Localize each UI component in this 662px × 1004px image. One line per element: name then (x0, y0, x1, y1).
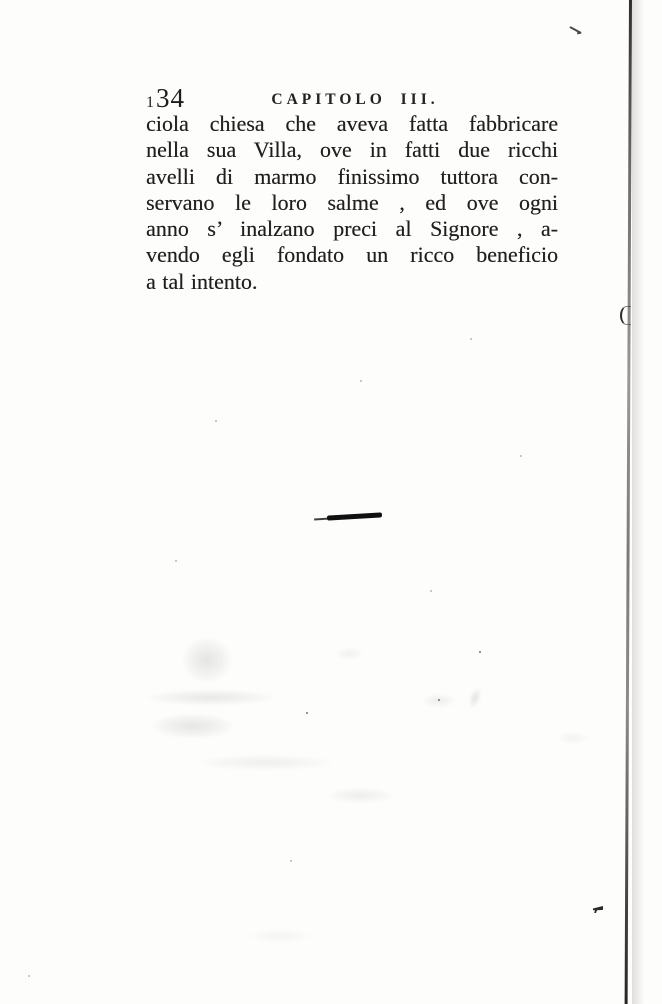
paper-speck (215, 420, 217, 422)
body-line-5: anno s’ inalzano preci al Signore , a- (146, 216, 558, 242)
body-line-4: servano le loro salme , ed ove ogni (146, 190, 558, 216)
bleedthrough-smudge (336, 648, 362, 659)
body-line-6: vendo egli fondato un ricco beneficio (146, 242, 558, 268)
bleedthrough-smudge (328, 788, 393, 803)
paper-speck (479, 651, 481, 653)
bleedthrough-smudge (153, 714, 233, 738)
paper-speck (438, 699, 440, 701)
scan-mark-speck (593, 906, 603, 913)
scan-mark-tick (569, 26, 581, 34)
paper-speck (520, 455, 522, 457)
page-edge-line (625, 0, 632, 1004)
bleedthrough-smudge (183, 638, 231, 682)
bleedthrough-smudge (558, 732, 588, 744)
bleedthrough-smudge (467, 687, 483, 709)
chapter-running-header: CAPITOLO III. (271, 91, 438, 109)
paper-speck (360, 380, 362, 382)
bleedthrough-smudge (250, 930, 310, 942)
scanned-book-page: 134 CAPITOLO III. ciola chiesa che aveva… (0, 0, 662, 1004)
paper-speck (306, 712, 308, 714)
body-paragraph: ciola chiesa che aveva fatta fabbricare … (146, 111, 558, 295)
paper-speck (28, 975, 30, 977)
paper-speck (290, 860, 292, 862)
paper-speck (175, 560, 177, 562)
paper-speck (470, 338, 472, 340)
body-line-7: a tal intento. (146, 269, 558, 295)
separator-rule (327, 512, 382, 520)
body-line-1: ciola chiesa che aveva fatta fabbricare (146, 111, 558, 137)
page-edge-notch (620, 306, 631, 325)
bleedthrough-smudge (148, 690, 273, 705)
paper-speck (430, 590, 432, 592)
bleedthrough-smudge (198, 755, 333, 770)
page-edge-shadow (632, 0, 644, 1004)
body-line-2: nella sua Villa, ove in fatti due ricchi (146, 137, 558, 163)
body-line-3: avelli di marmo finissimo tuttora con- (146, 164, 558, 190)
